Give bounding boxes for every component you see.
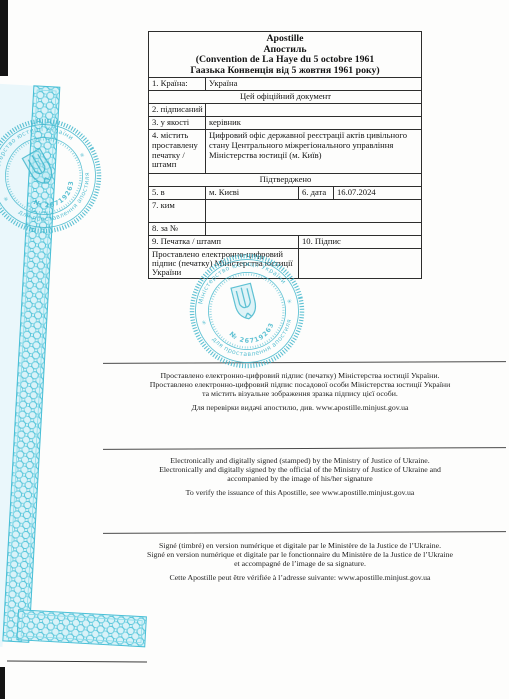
scanned-apostille-page: { "table": { "title": [ "Apostille", "Ап… bbox=[0, 0, 509, 699]
field-7-by-whom-label: 7. ким bbox=[149, 200, 206, 222]
section-this-official-document: Цей офіційний документ bbox=[149, 91, 421, 103]
field-7-by-whom-value bbox=[206, 200, 421, 222]
en-line-3: accompanied by the image of his/her sign… bbox=[90, 475, 509, 484]
field-3-capacity-label: 3. у якості bbox=[149, 117, 206, 129]
row-seal-note: Проставлено електронно-цифровий підпис (… bbox=[149, 248, 421, 278]
en-verify-line: To verify the issuance of this Apostille… bbox=[90, 489, 509, 498]
row-country: 1. Країна: Україна bbox=[149, 77, 421, 90]
section-confirmed: Підтверджено bbox=[149, 174, 421, 186]
field-1-country-label: 1. Країна: bbox=[149, 78, 206, 90]
row-place-date: 5. в м. Києві 6. дата 16.07.2024 bbox=[149, 186, 421, 199]
fr-line-3: et accompagné de l’image de sa signature… bbox=[90, 560, 509, 569]
footer-block-english: Electronically and digitally signed (sta… bbox=[90, 457, 509, 498]
field-8-number-value bbox=[206, 223, 421, 235]
footer-block-ukrainian: Проставлено електронно-цифровий підпис (… bbox=[90, 372, 509, 413]
row-section-confirmed: Підтверджено bbox=[149, 173, 421, 186]
field-2-signed-label: 2. підписаний bbox=[149, 104, 206, 116]
row-section-document: Цей офіційний документ bbox=[149, 90, 421, 103]
field-5-at-value: м. Києві bbox=[206, 187, 299, 199]
fr-verify-line: Cette Apostille peut être vérifiée à l’a… bbox=[90, 574, 509, 583]
field-2-signed-value bbox=[206, 104, 421, 116]
field-8-number-label: 8. за № bbox=[149, 223, 206, 235]
row-registration-number: 8. за № bbox=[149, 222, 421, 235]
field-4-seal-label: 4. містить проставлену печатку / штамп bbox=[149, 130, 206, 173]
field-10-signature-value bbox=[299, 249, 421, 278]
title-apostille-en: Apostille bbox=[151, 34, 419, 45]
scan-artifact-top-left-bar bbox=[0, 0, 8, 76]
field-6-date-value: 16.07.2024 bbox=[334, 187, 421, 199]
title-convention-ua: Гаазька Конвенція від 5 жовтня 1961 року… bbox=[151, 66, 419, 77]
guilloche-band-bottom bbox=[17, 610, 146, 647]
field-9-seal-note: Проставлено електронно-цифровий підпис (… bbox=[149, 249, 299, 278]
row-signed-by: 2. підписаний bbox=[149, 103, 421, 116]
row-seal-signature-headers: 9. Печатка / штамп 10. Підпис bbox=[149, 235, 421, 248]
row-capacity: 3. у якості керівник bbox=[149, 116, 421, 129]
field-3-capacity-value: керівник bbox=[206, 117, 421, 129]
field-6-date-label: 6. дата bbox=[299, 187, 334, 199]
field-10-signature-label: 10. Підпис bbox=[299, 236, 421, 248]
field-5-at-label: 5. в bbox=[149, 187, 206, 199]
field-9-seal-label: 9. Печатка / штамп bbox=[149, 236, 299, 248]
footer-block-french: Signé (timbré) en version numérique et d… bbox=[90, 542, 509, 583]
scan-artifact-bottom-left-bar bbox=[0, 667, 5, 699]
apostille-form: Apostille Апостиль (Convention de La Hay… bbox=[148, 31, 422, 279]
field-4-seal-value: Цифровий офіс державної реєстрації актів… bbox=[206, 130, 421, 173]
row-by-whom: 7. ким bbox=[149, 199, 421, 222]
ua-line-3: та містить візуальне зображення зразка п… bbox=[90, 390, 509, 399]
field-1-country-value: Україна bbox=[206, 78, 421, 90]
apostille-title-block: Apostille Апостиль (Convention de La Hay… bbox=[149, 32, 421, 77]
ua-verify-line: Для перевірки видачі апостилю, див. www.… bbox=[90, 404, 509, 413]
row-seal-stamp: 4. містить проставлену печатку / штамп Ц… bbox=[149, 129, 421, 173]
